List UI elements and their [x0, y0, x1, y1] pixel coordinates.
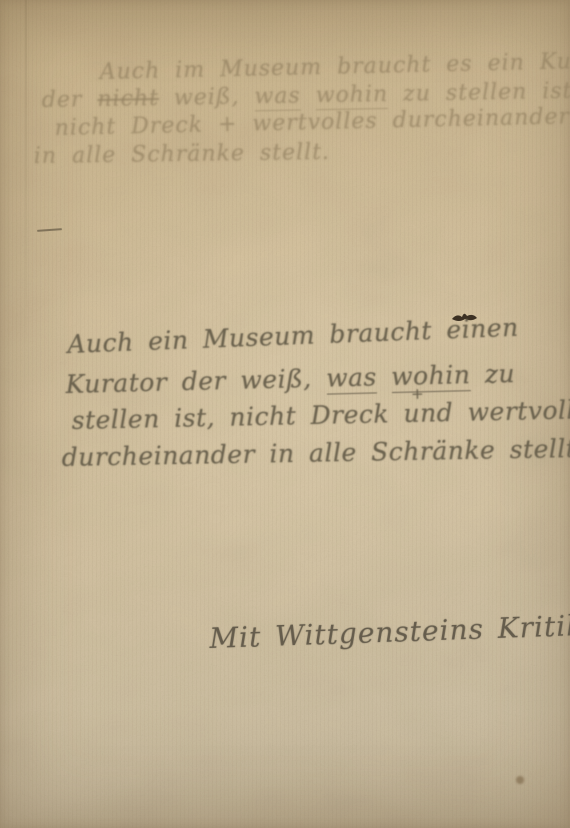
manuscript-page-photo: Auch im Museum braucht es ein Kurator de… [0, 0, 570, 828]
main-line3-und-word: +und [403, 398, 453, 428]
faint-line2-mid2 [301, 83, 316, 108]
insertion-plus-mark: + [411, 385, 424, 403]
faint-underlined-word-was: was [254, 83, 301, 111]
main-line2-end: zu [470, 359, 515, 389]
main-underlined-word-was: was [326, 362, 377, 394]
faint-handwriting-line-4: in alle Schränke stellt. [34, 140, 330, 169]
main-line2-mid [376, 362, 391, 391]
faint-underlined-word-wohin: wohin [316, 82, 389, 110]
main-line3-end: wertvolles [453, 395, 570, 427]
faint-struck-word: nicht [97, 86, 159, 112]
faint-line2-mid1: weiß, [159, 84, 255, 111]
main-underlined-word-wohin: wohin [391, 360, 471, 393]
stain-spot-mark [516, 776, 524, 784]
faint-line2-end: zu stellen ist [388, 79, 570, 107]
faint-line2-start: der [42, 87, 98, 113]
